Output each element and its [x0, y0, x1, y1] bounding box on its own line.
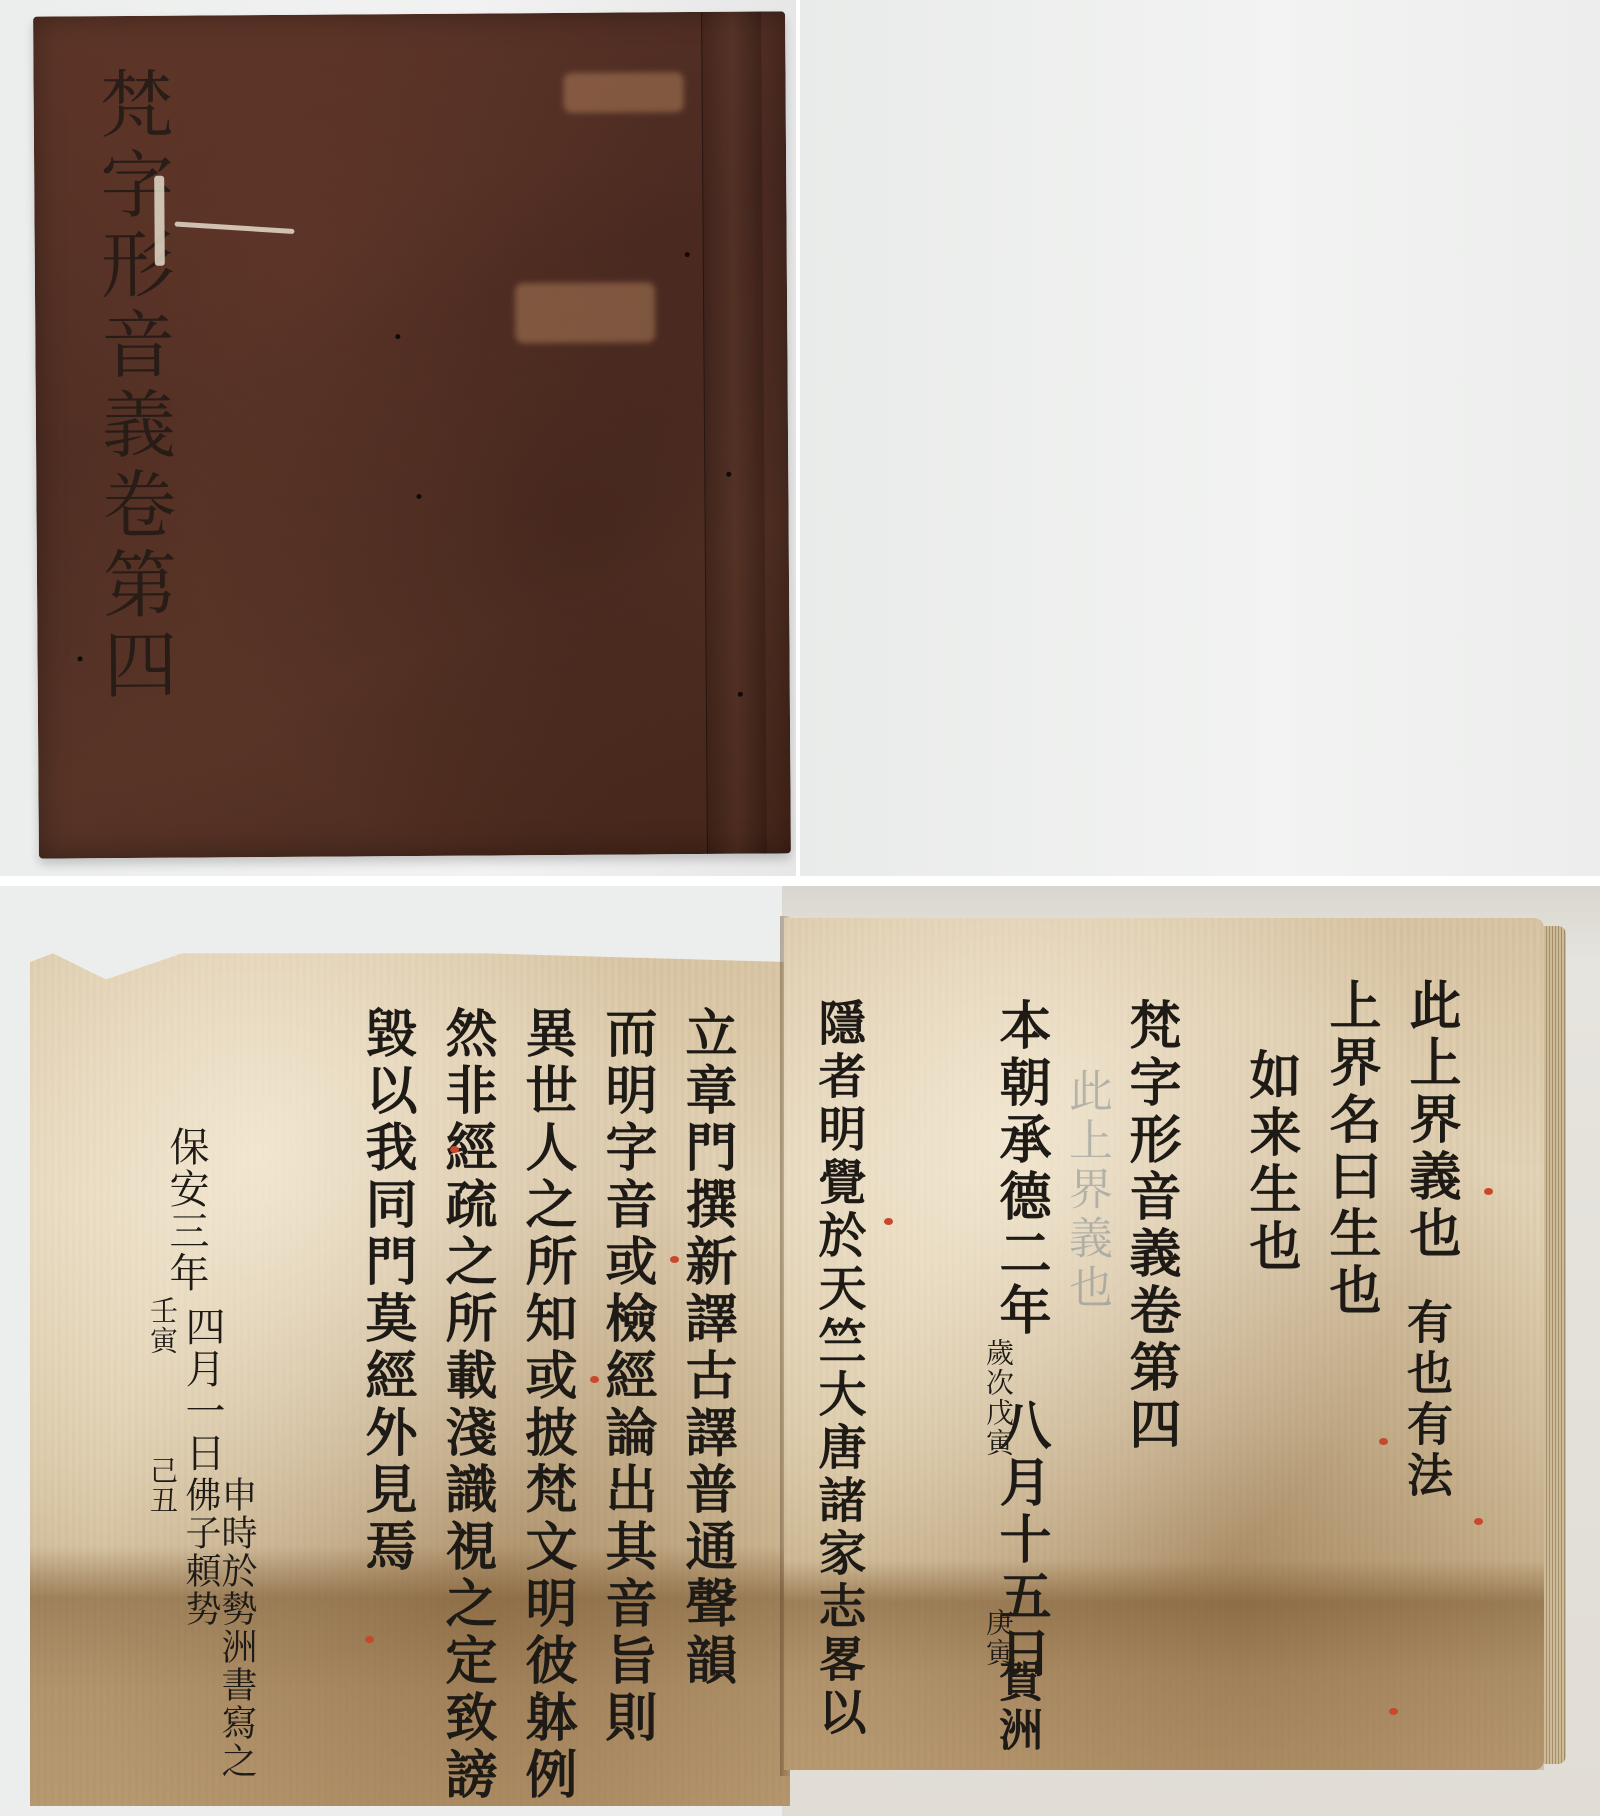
text-column: 本朝承德二年 [994, 998, 1046, 1340]
text-column: 上界名曰生也 [1324, 978, 1376, 1320]
wormhole [78, 656, 83, 661]
text-column: 如来生也 [1244, 1048, 1296, 1276]
wormhole [738, 692, 743, 697]
rubric-dot [1379, 1438, 1388, 1445]
text-column: 然非經疏之所載淺識視之定致謗 [440, 1006, 492, 1804]
rubric-dot [1474, 1518, 1483, 1525]
cover-title: 梵字形音義卷第四 [93, 66, 171, 707]
rubric-dot [1484, 1188, 1493, 1195]
page-edges [1544, 926, 1566, 1764]
photo-open-spread: 立章門撰新譯古譯普通聲韻 而明字音或檢經論出其音旨則 異世人之所知或披梵文明彼躰… [0, 886, 1600, 1816]
worm-damage [175, 221, 295, 234]
cover-spine-fold [701, 12, 767, 854]
siddham-gloss: 有也有法 [1404, 1298, 1450, 1502]
colophon-note: 己丑 [148, 1456, 176, 1516]
text-column: 賀洲 [994, 1658, 1038, 1756]
title-column: 梵字形音義卷第四 [1124, 998, 1176, 1454]
worm-damage [154, 176, 165, 266]
book-cover: 梵字形音義卷第四 [33, 11, 791, 858]
photo-cover-volume-4: 梵字形音義卷第四 [0, 0, 796, 876]
left-page: 立章門撰新譯古譯普通聲韻 而明字音或檢經論出其音旨則 異世人之所知或披梵文明彼躰… [30, 936, 790, 1806]
water-stain [784, 1560, 1544, 1770]
text-column: 異世人之所知或披梵文明彼躰例 [520, 1006, 572, 1804]
wormhole [416, 494, 421, 499]
worn-patch [515, 282, 655, 343]
text-column: 立章門撰新譯古譯普通聲韻 [680, 1006, 732, 1690]
wormhole [685, 252, 690, 257]
worn-patch [563, 72, 683, 113]
colophon-line: 四月一日 [182, 1306, 222, 1474]
colophon-line: 申時於勢洲書寫之佛子頼势 [182, 1476, 254, 1806]
colophon-note: 壬寅 [148, 1296, 176, 1356]
colophon-line: 保安三年 [166, 1126, 206, 1294]
right-page: 此上界義也 此上界義也 有也有法 上界名曰生也 如来生也 梵字形音義卷第四 本朝… [784, 918, 1544, 1770]
photo-cover-volume-3: 梵字形音義卷第三 [800, 0, 1600, 876]
rubric-dot [590, 1376, 599, 1383]
show-through-text: 此上界義也 [1064, 1068, 1108, 1313]
text-column: 而明字音或檢經論出其音旨則 [600, 1006, 652, 1747]
text-column: 毀以我同門莫經外見焉 [360, 1006, 412, 1576]
rubric-dot [884, 1218, 893, 1225]
wormhole [726, 472, 731, 477]
text-column: 隱者明覺於天竺大唐諸家志畧以 [814, 998, 862, 1740]
rubric-dot [670, 1256, 679, 1263]
rubric-dot [450, 1146, 459, 1153]
rubric-dot [1389, 1708, 1398, 1715]
rubric-dot [365, 1636, 374, 1643]
wormhole [395, 334, 400, 339]
text-column: 此上界義也 [1404, 978, 1456, 1263]
